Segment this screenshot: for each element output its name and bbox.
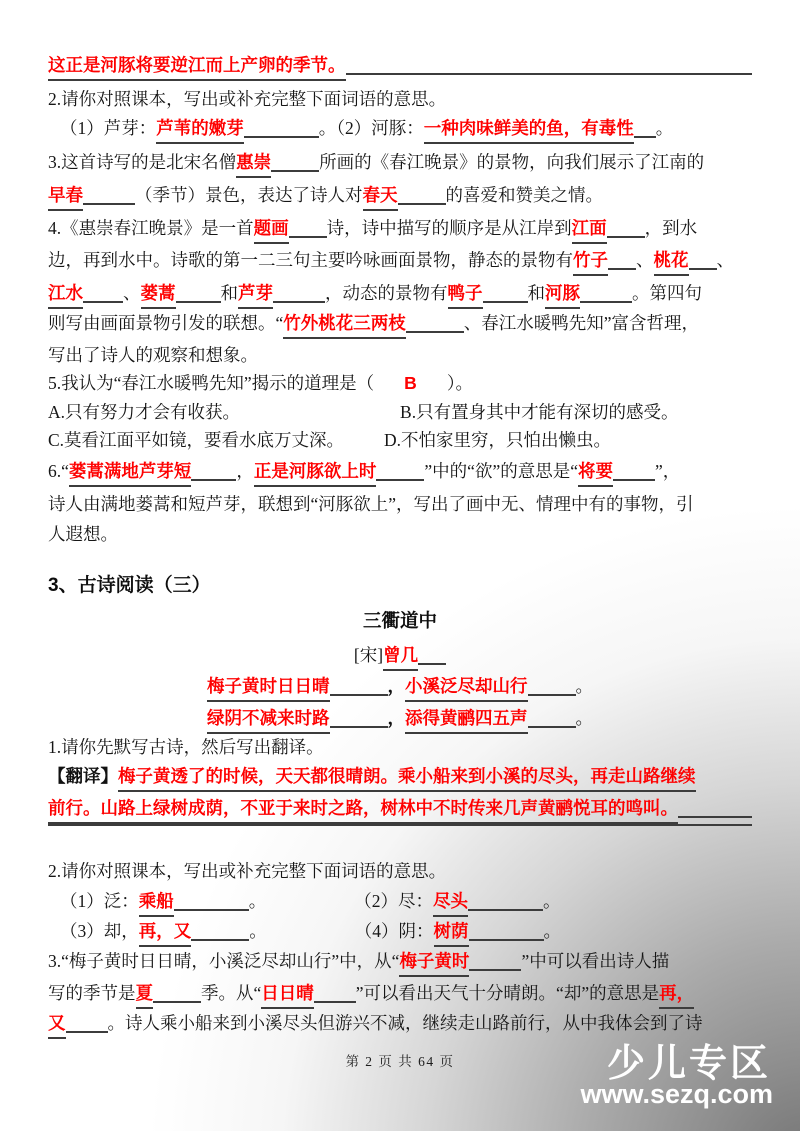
- text: 边，再到水中。诗歌的第一二三句主要吟咏画面景物，静态的景物有: [48, 247, 573, 273]
- doc-line: 6.“蒌蒿满地芦芽短，正是河豚欲上时”中的“欲”的意思是“将要”，: [48, 458, 752, 487]
- doc-line: 3.这首诗写的是北宋名僧惠崇所画的《春江晚景》的景物，向我们展示了江南的: [48, 149, 752, 178]
- text: （1）芦芽：: [60, 115, 156, 141]
- text: A.只有努力才会有收获。: [48, 399, 240, 425]
- answer-blank-underline: [689, 268, 717, 270]
- answer-text: 一种肉味鲜美的鱼，有毒性: [424, 115, 634, 144]
- text: 。第四句: [632, 280, 702, 306]
- answer-blank-underline: [580, 301, 632, 303]
- text: 。: [543, 888, 561, 914]
- answer-text: 夏: [136, 980, 154, 1009]
- text: 的喜爱和赞美之情。: [446, 182, 604, 208]
- answer-text: 芦苇的嫩芽: [156, 115, 244, 144]
- section-heading-line: 3、古诗阅读（三）: [48, 573, 752, 599]
- doc-line: 2.请你对照课本，写出或补充完整下面词语的意思。: [48, 86, 752, 112]
- text: 诗，诗中描写的顺序是从江岸到: [327, 215, 572, 241]
- text: 人遐想。: [48, 521, 118, 547]
- answer-blank-underline: [634, 136, 656, 138]
- answer-blank-underline: [83, 301, 123, 303]
- text: ）。: [447, 370, 473, 396]
- doc-line: 这正是河豚将要逆江而上产卵的季节。: [48, 52, 752, 81]
- text: 。: [249, 918, 267, 944]
- underline-fill: [678, 816, 752, 818]
- answer-blank-underline: [406, 331, 464, 333]
- text: D.不怕家里穷，只怕出懒虫。: [384, 427, 611, 453]
- answer-text: 河豚: [545, 280, 580, 309]
- answer-text: 正是河豚欲上时: [254, 458, 377, 487]
- text: ”中的“欲”的意思是“: [424, 458, 578, 484]
- document-body: 这正是河豚将要逆江而上产卵的季节。2.请你对照课本，写出或补充完整下面词语的意思…: [0, 0, 800, 1131]
- answer-text: 蒌蒿满地芦芽短: [69, 458, 192, 487]
- text: ”可以看出天气十分晴朗。“却”的意思是: [356, 980, 659, 1006]
- answer-text: 竹外桃花三两枝: [283, 310, 406, 339]
- text: 。: [576, 705, 594, 731]
- doc-line: 早春（季节）景色，表达了诗人对春天的喜爱和赞美之情。: [48, 182, 752, 211]
- answer-blank-underline: [273, 301, 325, 303]
- doc-line: 则写由画面景物引发的联想。“竹外桃花三两枝、春江水暖鸭先知”富含哲理，: [48, 310, 752, 339]
- answer-text: 鸭子: [448, 280, 483, 309]
- poem-title: 三衢道中: [363, 609, 437, 635]
- answer-text: 梅子黄时: [399, 948, 469, 977]
- answer-blank-underline: [153, 1001, 201, 1003]
- text: ，到水: [645, 215, 698, 241]
- doc-line: 人遐想。: [48, 521, 752, 547]
- text: 2.请你对照课本，写出或补充完整下面词语的意思。: [48, 858, 446, 884]
- answer-blank-underline: [330, 694, 388, 696]
- answer-blank-underline: [607, 236, 645, 238]
- text: 诗人由满地蒌蒿和短芦芽，联想到“河豚欲上”，写出了画中无、情理中有的事物，引: [48, 491, 694, 517]
- text: ”，: [655, 458, 680, 484]
- text: 4.《惠崇春江晚景》是一首: [48, 215, 254, 241]
- text: 5.我认为“春江水暖鸭先知”揭示的道理是（: [48, 370, 374, 396]
- answer-blank-underline: [398, 203, 446, 205]
- poem-title-line: 三衢道中: [48, 609, 752, 635]
- answer-blank-underline: [174, 909, 249, 911]
- text: 。: [544, 918, 562, 944]
- answer-blank-underline: [244, 136, 319, 138]
- doc-line: 3.“梅子黄时日日晴，小溪泛尽却山行”中，从“梅子黄时”中可以看出诗人描: [48, 948, 752, 977]
- answer-text: 江水: [48, 280, 83, 309]
- answer-blank-underline: [191, 939, 249, 941]
- answer-text: 梅子黄透了的时候，天天都很晴朗。乘小船来到小溪的尽头，再走山路继续: [118, 763, 696, 792]
- answer-text: 再，又: [139, 918, 192, 947]
- answer-text: 蒌蒿: [141, 280, 176, 309]
- answer-choice: B: [404, 370, 417, 396]
- doc-line: 写的季节是夏季。从“日日晴”可以看出天气十分晴朗。“却”的意思是再，: [48, 980, 752, 1009]
- text: 3.这首诗写的是北宋名僧: [48, 149, 236, 175]
- text: C.莫看江面平如镜，要看水底万丈深。: [48, 427, 344, 453]
- answer-text: 惠崇: [236, 149, 271, 178]
- text: （2）尽：: [354, 888, 433, 914]
- doc-line: 1.请你先默写古诗，然后写出翻译。: [48, 734, 752, 760]
- blank-answer-line: [48, 820, 752, 822]
- text: （季节）景色，表达了诗人对: [135, 182, 363, 208]
- answer-text: 芦芽: [238, 280, 273, 309]
- answer-blank-underline: [66, 1031, 108, 1033]
- answer-blank-underline: [289, 236, 327, 238]
- answer-text: 绿阴不减来时路: [207, 705, 330, 734]
- doc-line: 5.我认为“春江水暖鸭先知”揭示的道理是（B）。: [48, 370, 752, 396]
- answer-blank-underline: [613, 479, 655, 481]
- answer-blank-underline: [528, 726, 576, 728]
- text: 3.“梅子黄时日日晴，小溪泛尽却山行”中，从“: [48, 948, 399, 974]
- answer-text: 江面: [572, 215, 607, 244]
- answer-text: 添得黄鹂四五声: [405, 705, 528, 734]
- doc-line: （1）芦芽：芦苇的嫩芽。（2）河豚：一种肉味鲜美的鱼，有毒性。: [60, 115, 752, 144]
- doc-line: （1）泛：乘船。（2）尽：尽头。: [60, 888, 752, 917]
- answer-text: 又: [48, 1010, 66, 1039]
- text: （4）阴：: [355, 918, 434, 944]
- underline-fill: [346, 73, 753, 75]
- answer-text: 竹子: [573, 247, 608, 276]
- text: 2.请你对照课本，写出或补充完整下面词语的意思。: [48, 86, 446, 112]
- doc-line: 江水、蒌蒿和芦芽，动态的景物有鸭子和河豚。第四句: [48, 280, 752, 309]
- text: 、: [123, 280, 141, 306]
- underline-fill: [48, 824, 752, 826]
- answer-blank-underline: [271, 170, 319, 172]
- text: （3）却，: [60, 918, 139, 944]
- answer-blank-underline: [176, 301, 221, 303]
- text: ，动态的景物有: [325, 280, 448, 306]
- answer-blank-underline: [468, 909, 543, 911]
- doc-line: 诗人由满地蒌蒿和短芦芽，联想到“河豚欲上”，写出了画中无、情理中有的事物，引: [48, 491, 752, 517]
- answer-text: 小溪泛尽却山行: [405, 673, 528, 702]
- answer-blank-underline: [469, 969, 521, 971]
- answer-text: 尽头: [433, 888, 468, 917]
- doc-line: 写出了诗人的观察和想象。: [48, 342, 752, 368]
- answer-blank-underline: [608, 268, 636, 270]
- text: B.只有置身其中才能有深切的感受。: [400, 399, 679, 425]
- doc-line: 【翻译】梅子黄透了的时候，天天都很晴朗。乘小船来到小溪的尽头，再走山路继续: [48, 763, 752, 792]
- section-heading: 3、古诗阅读（三）: [48, 573, 211, 599]
- answer-text: 桃花: [654, 247, 689, 276]
- text: （1）泛：: [60, 888, 139, 914]
- watermark-site-url: www.sezq.com: [580, 1079, 773, 1110]
- answer-blank-underline: [191, 479, 236, 481]
- answer-text: 乘船: [139, 888, 174, 917]
- bold-label: ，: [388, 673, 406, 699]
- answer-text: 早春: [48, 182, 83, 211]
- text: 1.请你先默写古诗，然后写出翻译。: [48, 734, 324, 760]
- text: 、春江水暖鸭先知”富含哲理，: [464, 310, 699, 336]
- doc-line: 2.请你对照课本，写出或补充完整下面词语的意思。: [48, 858, 752, 884]
- text: 、: [636, 247, 654, 273]
- text: 写出了诗人的观察和想象。: [48, 342, 258, 368]
- text: 季。从“: [201, 980, 261, 1006]
- answer-text: 再，: [659, 980, 694, 1009]
- text: 和: [221, 280, 239, 306]
- answer-blank-underline: [314, 1001, 356, 1003]
- text: 和: [528, 280, 546, 306]
- doc-line: A.只有努力才会有收获。B.只有置身其中才能有深切的感受。: [48, 399, 752, 425]
- answer-text: 这正是河豚将要逆江而上产卵的季节。: [48, 52, 346, 81]
- text: 。: [576, 673, 594, 699]
- doc-line: （3）却，再，又。（4）阴：树荫。: [60, 918, 752, 947]
- text: 所画的《春江晚景》的景物，向我们展示了江南的: [319, 149, 704, 175]
- answer-blank-underline: [483, 301, 528, 303]
- text: 则写由画面景物引发的联想。“: [48, 310, 283, 336]
- poem-author-line: [宋]曾几: [48, 642, 752, 671]
- answer-text: 题画: [254, 215, 289, 244]
- doc-line: 边，再到水中。诗歌的第一二三句主要吟咏画面景物，静态的景物有竹子、桃花、: [48, 247, 752, 276]
- answer-text: 日日晴: [261, 980, 314, 1009]
- text: [宋]: [354, 642, 383, 668]
- text: 。（2）河豚：: [319, 115, 424, 141]
- poem-verse-line: 梅子黄时日日晴，小溪泛尽却山行。: [48, 673, 752, 702]
- text: ”中可以看出诗人描: [521, 948, 669, 974]
- answer-blank-underline: [376, 479, 424, 481]
- text: ，: [236, 458, 254, 484]
- answer-blank-underline: [330, 726, 388, 728]
- text: 6.“: [48, 458, 69, 484]
- answer-text: 将要: [578, 458, 613, 487]
- bold-label: 【翻译】: [48, 763, 118, 789]
- text: 。: [656, 115, 674, 141]
- answer-blank-underline: [83, 203, 135, 205]
- text: 。: [249, 888, 267, 914]
- bold-label: ，: [388, 705, 406, 731]
- answer-blank-underline: [469, 939, 544, 941]
- answer-blank-underline: [528, 694, 576, 696]
- answer-text: 树荫: [434, 918, 469, 947]
- text: 写的季节是: [48, 980, 136, 1006]
- doc-line: 4.《惠崇春江晚景》是一首题画诗，诗中描写的顺序是从江岸到江面，到水: [48, 215, 752, 244]
- answer-blank-underline: [418, 663, 446, 665]
- poem-verse-line: 绿阴不减来时路，添得黄鹂四五声。: [48, 705, 752, 734]
- doc-line: C.莫看江面平如镜，要看水底万丈深。D.不怕家里穷，只怕出懒虫。: [48, 427, 752, 453]
- answer-text: 春天: [363, 182, 398, 211]
- answer-text: 梅子黄时日日晴: [207, 673, 330, 702]
- text: 、: [717, 247, 735, 273]
- answer-text: 曾几: [383, 642, 418, 671]
